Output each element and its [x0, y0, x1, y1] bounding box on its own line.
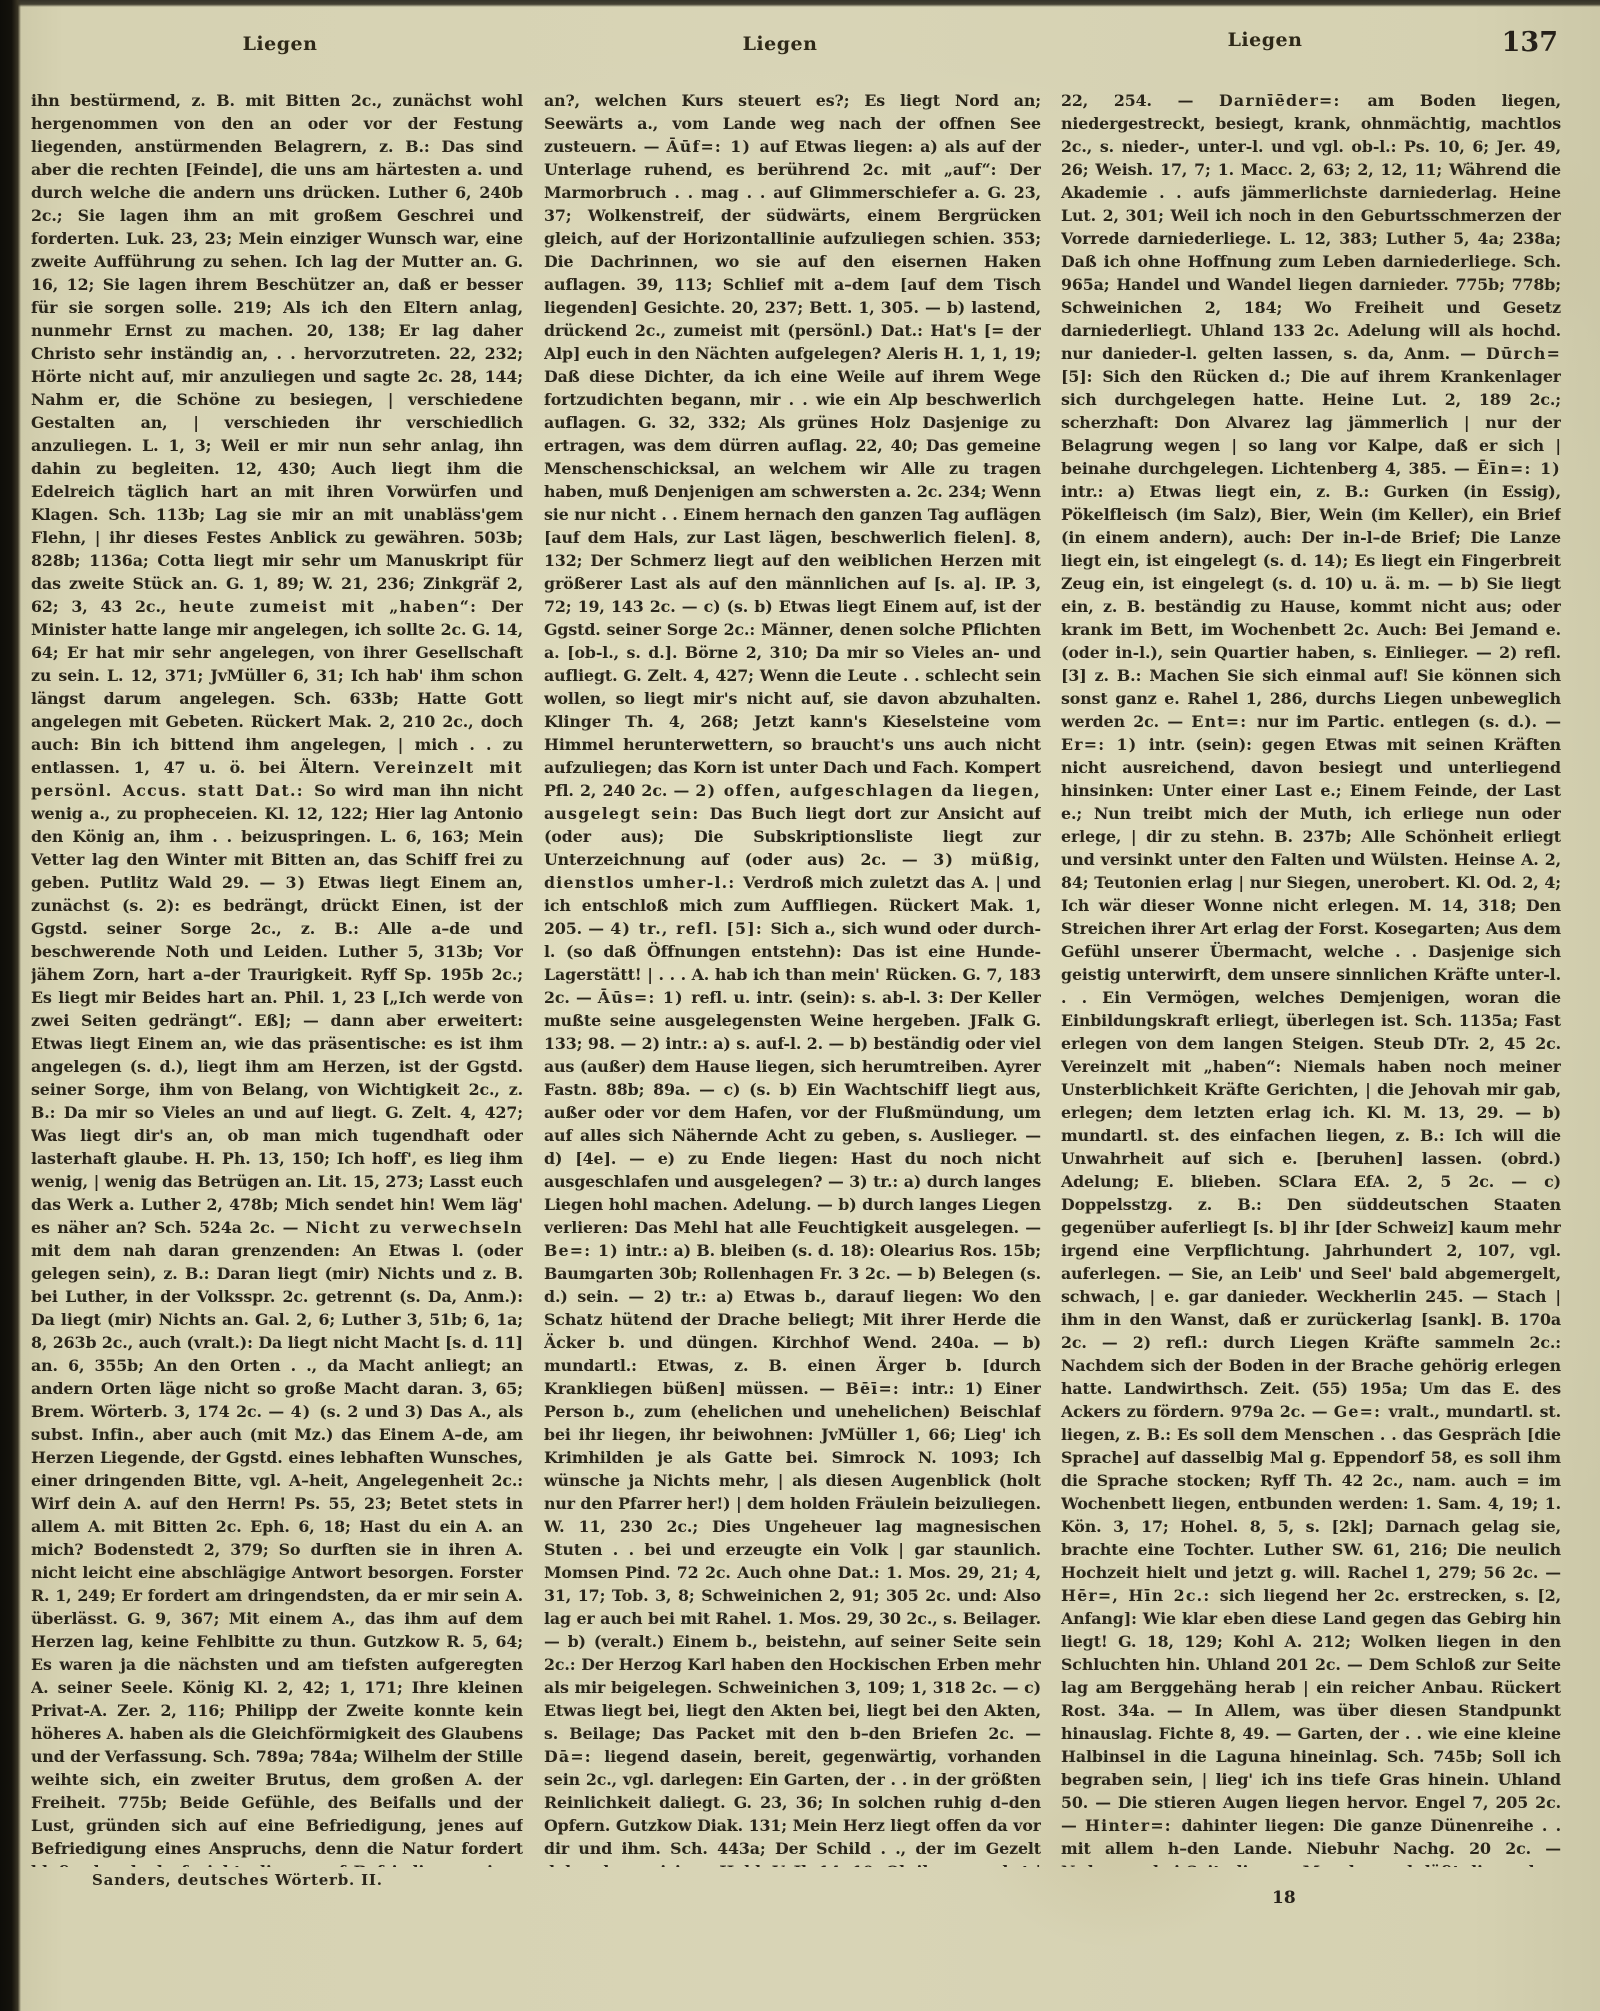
running-head-column-3: Liegen: [1165, 29, 1365, 51]
sheet-number: 18: [1272, 1888, 1296, 1908]
running-head-column-2: Liegen: [680, 33, 880, 55]
scan-edge-top: [0, 0, 1600, 7]
scan-edge-left: [0, 0, 21, 2011]
text-column-2: an?, welchen Kurs steuert es?; Es liegt …: [544, 89, 1041, 1867]
footer-signature: Sanders, deutsches Wörterb. II.: [92, 1871, 383, 1889]
text-column-3: 22, 254. — Darnīēder=: am Boden liegen, …: [1061, 89, 1561, 1867]
scanned-dictionary-page: Liegen Liegen Liegen 137 ihn bestürmend,…: [0, 0, 1600, 2011]
page-number: 137: [1502, 27, 1558, 58]
running-head-column-1: Liegen: [180, 33, 380, 55]
text-column-1: ihn bestürmend, z. B. mit Bitten 2c., zu…: [31, 89, 523, 1867]
